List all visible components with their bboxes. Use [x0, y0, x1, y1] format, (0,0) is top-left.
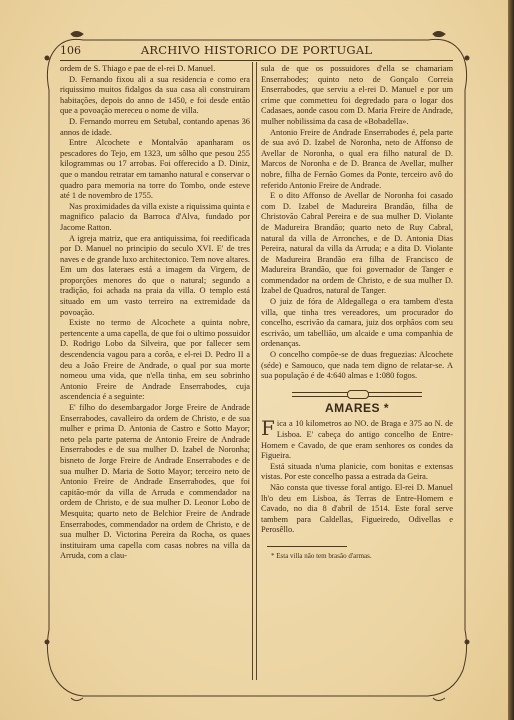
running-title: ARCHIVO HISTORICO DE PORTUGAL: [60, 43, 453, 57]
paragraph-text: ica a 10 kilometros ao NO. de Braga e 37…: [261, 419, 453, 460]
paragraph: D. Fernando morreu em Setubal, contando …: [60, 117, 250, 138]
paragraph: sula de que os possuidores d'ella se cha…: [261, 64, 453, 128]
paragraph: Nas proximidades da villa existe a riqui…: [60, 202, 250, 234]
book-edge: [508, 0, 514, 720]
section-title: AMARES *: [261, 403, 453, 414]
paragraph: ordem de S. Thiago e pae de el-rei D. Ma…: [60, 64, 250, 75]
paragraph: Está situada n'uma planicie, com bonitas…: [261, 462, 453, 483]
paragraph: Existe no termo de Alcochete a quinta no…: [60, 318, 250, 403]
left-column: ordem de S. Thiago e pae de el-rei D. Ma…: [60, 64, 250, 562]
column-divider: [252, 62, 257, 680]
paragraph: O concelho compõe-se de duas freguezias:…: [261, 350, 453, 382]
paragraph: Entre Alcochete e Montalvão apanharam os…: [60, 138, 250, 202]
paragraph: E' filho do desembargador Jorge Freire d…: [60, 403, 250, 562]
drop-cap: F: [261, 419, 275, 438]
right-column: sula de que os possuidores d'ella se cha…: [261, 64, 453, 562]
paragraph: O juiz de fóra de Aldegallega o era tamb…: [261, 297, 453, 350]
paragraph: Fica a 10 kilometros ao NO. de Braga e 3…: [261, 419, 453, 461]
paragraph: E o dito Affonso de Avellar de Noronha f…: [261, 191, 453, 297]
paragraph: A igreja matriz, que era antiquissima, f…: [60, 234, 250, 319]
footnote-rule: [267, 546, 347, 547]
footnote: * Esta villa não tem brasão d'armas.: [261, 551, 453, 562]
paragraph: Antonio Freire de Andrade Enserrabodes é…: [261, 128, 453, 192]
page-header: 106 ARCHIVO HISTORICO DE PORTUGAL: [60, 42, 453, 61]
section-separator: [292, 392, 422, 397]
paragraph: Não consta que tivesse foral antigo. El-…: [261, 483, 453, 536]
paragraph: D. Fernando fixou ali a sua residencia e…: [60, 75, 250, 117]
